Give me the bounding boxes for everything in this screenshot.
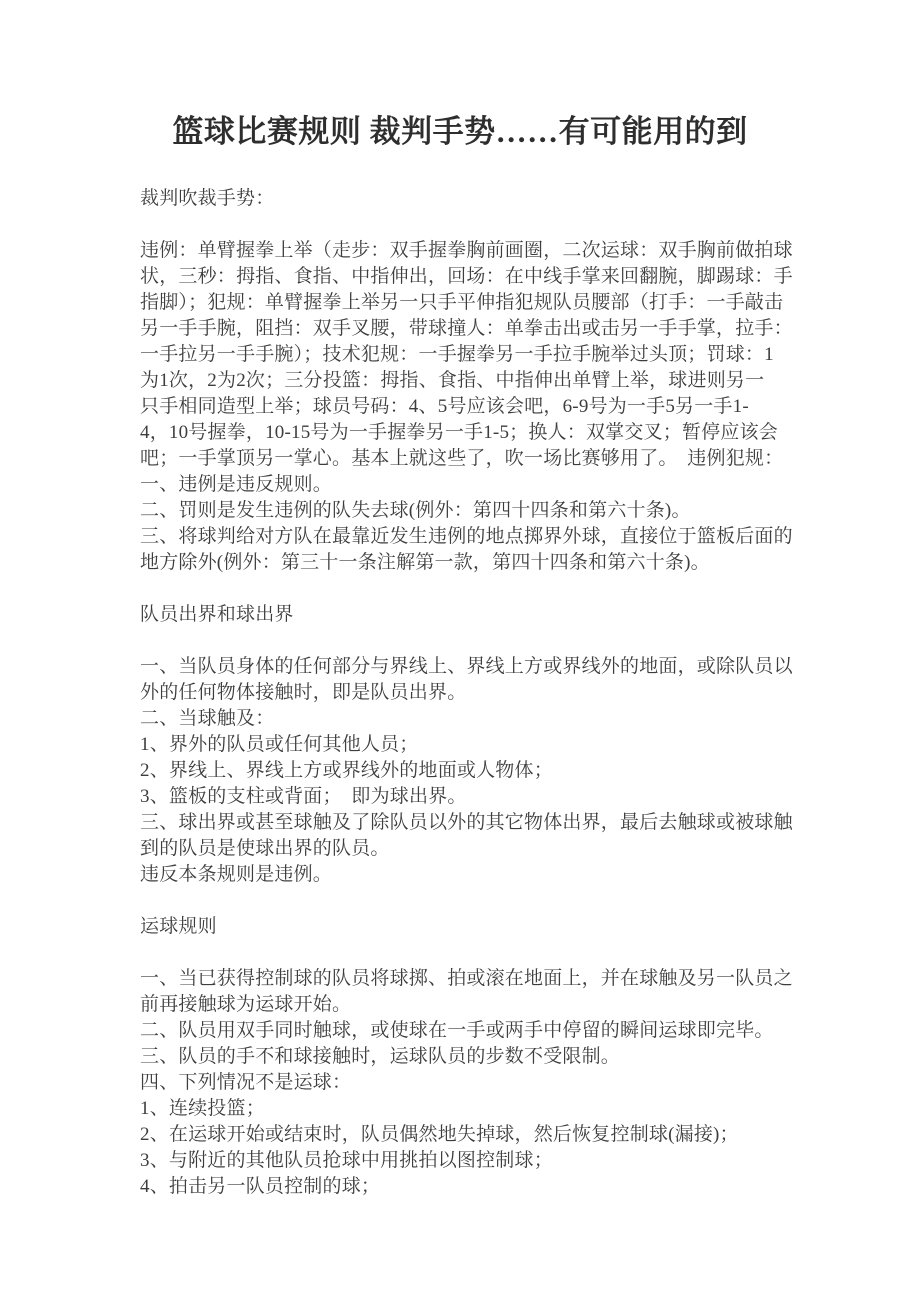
paragraph: 运球规则 <box>140 914 780 940</box>
paragraph: 一、当已获得控制球的队员将球掷、拍或滚在地面上，并在球触及另一队员之前再接触球为… <box>140 966 780 1200</box>
text-line: 一、当队员身体的任何部分与界线上、界线上方或界线外的地面，或除队员以 <box>140 654 780 680</box>
paragraph: 队员出界和球出界 <box>140 602 780 628</box>
paragraph: 裁判吹裁手势： <box>140 186 780 212</box>
text-line: 二、当球触及： <box>140 706 780 732</box>
text-line: 违例：单臂握拳上举（走步：双手握拳胸前画圈，二次运球：双手胸前做拍球 <box>140 238 780 264</box>
text-line: 为1次，2为2次；三分投篮：拇指、食指、中指伸出单臂上举，球进则另一 <box>140 368 780 394</box>
text-line: 一、违例是违反规则。 <box>140 472 780 498</box>
text-line: 三、将球判给对方队在最靠近发生违例的地点掷界外球，直接位于篮板后面的 <box>140 524 780 550</box>
text-line: 只手相同造型上举；球员号码：4、5号应该会吧，6-9号为一手5另一手1- <box>140 394 780 420</box>
text-line: 外的任何物体接触时，即是队员出界。 <box>140 680 780 706</box>
text-line: 另一手手腕，阻挡：双手叉腰，带球撞人：单拳击出或击另一手手掌，拉手： <box>140 316 780 342</box>
text-line: 3、与附近的其他队员抢球中用挑拍以图控制球； <box>140 1148 780 1174</box>
text-line: 2、界线上、界线上方或界线外的地面或人物体； <box>140 758 780 784</box>
text-line: 队员出界和球出界 <box>140 602 780 628</box>
text-line: 违反本条规则是违例。 <box>140 862 780 888</box>
text-line: 吧；一手掌顶另一掌心。基本上就这些了，吹一场比赛够用了。 违例犯规： <box>140 446 780 472</box>
text-line: 二、罚则是发生违例的队失去球(例外：第四十四条和第六十条)。 <box>140 498 780 524</box>
document-body: 裁判吹裁手势：违例：单臂握拳上举（走步：双手握拳胸前画圈，二次运球：双手胸前做拍… <box>140 186 780 1200</box>
text-line: 三、队员的手不和球接触时，运球队员的步数不受限制。 <box>140 1044 780 1070</box>
text-line: 状，三秒：拇指、食指、中指伸出，回场：在中线手掌来回翻腕，脚踢球：手 <box>140 264 780 290</box>
text-line: 二、队员用双手同时触球，或使球在一手或两手中停留的瞬间运球即完毕。 <box>140 1018 780 1044</box>
text-line: 4，10号握拳，10-15号为一手握拳另一手1-5；换人：双掌交叉；暂停应该会 <box>140 420 780 446</box>
text-line: 到的队员是使球出界的队员。 <box>140 836 780 862</box>
document-page: 篮球比赛规则 裁判手势……有可能用的到 裁判吹裁手势：违例：单臂握拳上举（走步：… <box>0 0 920 1302</box>
text-line: 2、在运球开始或结束时，队员偶然地失掉球，然后恢复控制球(漏接)； <box>140 1122 780 1148</box>
text-line: 前再接触球为运球开始。 <box>140 992 780 1018</box>
text-line: 地方除外(例外：第三十一条注解第一款，第四十四条和第六十条)。 <box>140 550 780 576</box>
text-line: 四、下列情况不是运球： <box>140 1070 780 1096</box>
paragraph: 一、当队员身体的任何部分与界线上、界线上方或界线外的地面，或除队员以外的任何物体… <box>140 654 780 888</box>
text-line: 裁判吹裁手势： <box>140 186 780 212</box>
text-line: 一、当已获得控制球的队员将球掷、拍或滚在地面上，并在球触及另一队员之 <box>140 966 780 992</box>
text-line: 3、篮板的支柱或背面； 即为球出界。 <box>140 784 780 810</box>
document-title: 篮球比赛规则 裁判手势……有可能用的到 <box>140 112 780 152</box>
text-line: 1、界外的队员或任何其他人员； <box>140 732 780 758</box>
text-line: 三、球出界或甚至球触及了除队员以外的其它物体出界，最后去触球或被球触 <box>140 810 780 836</box>
text-line: 一手拉另一手手腕）；技术犯规：一手握拳另一手拉手腕举过头顶；罚球：1 <box>140 342 780 368</box>
text-line: 4、拍击另一队员控制的球； <box>140 1174 780 1200</box>
paragraph: 违例：单臂握拳上举（走步：双手握拳胸前画圈，二次运球：双手胸前做拍球状，三秒：拇… <box>140 238 780 576</box>
text-line: 1、连续投篮； <box>140 1096 780 1122</box>
text-line: 指脚）；犯规：单臂握拳上举另一只手平伸指犯规队员腰部（打手：一手敲击 <box>140 290 780 316</box>
text-line: 运球规则 <box>140 914 780 940</box>
